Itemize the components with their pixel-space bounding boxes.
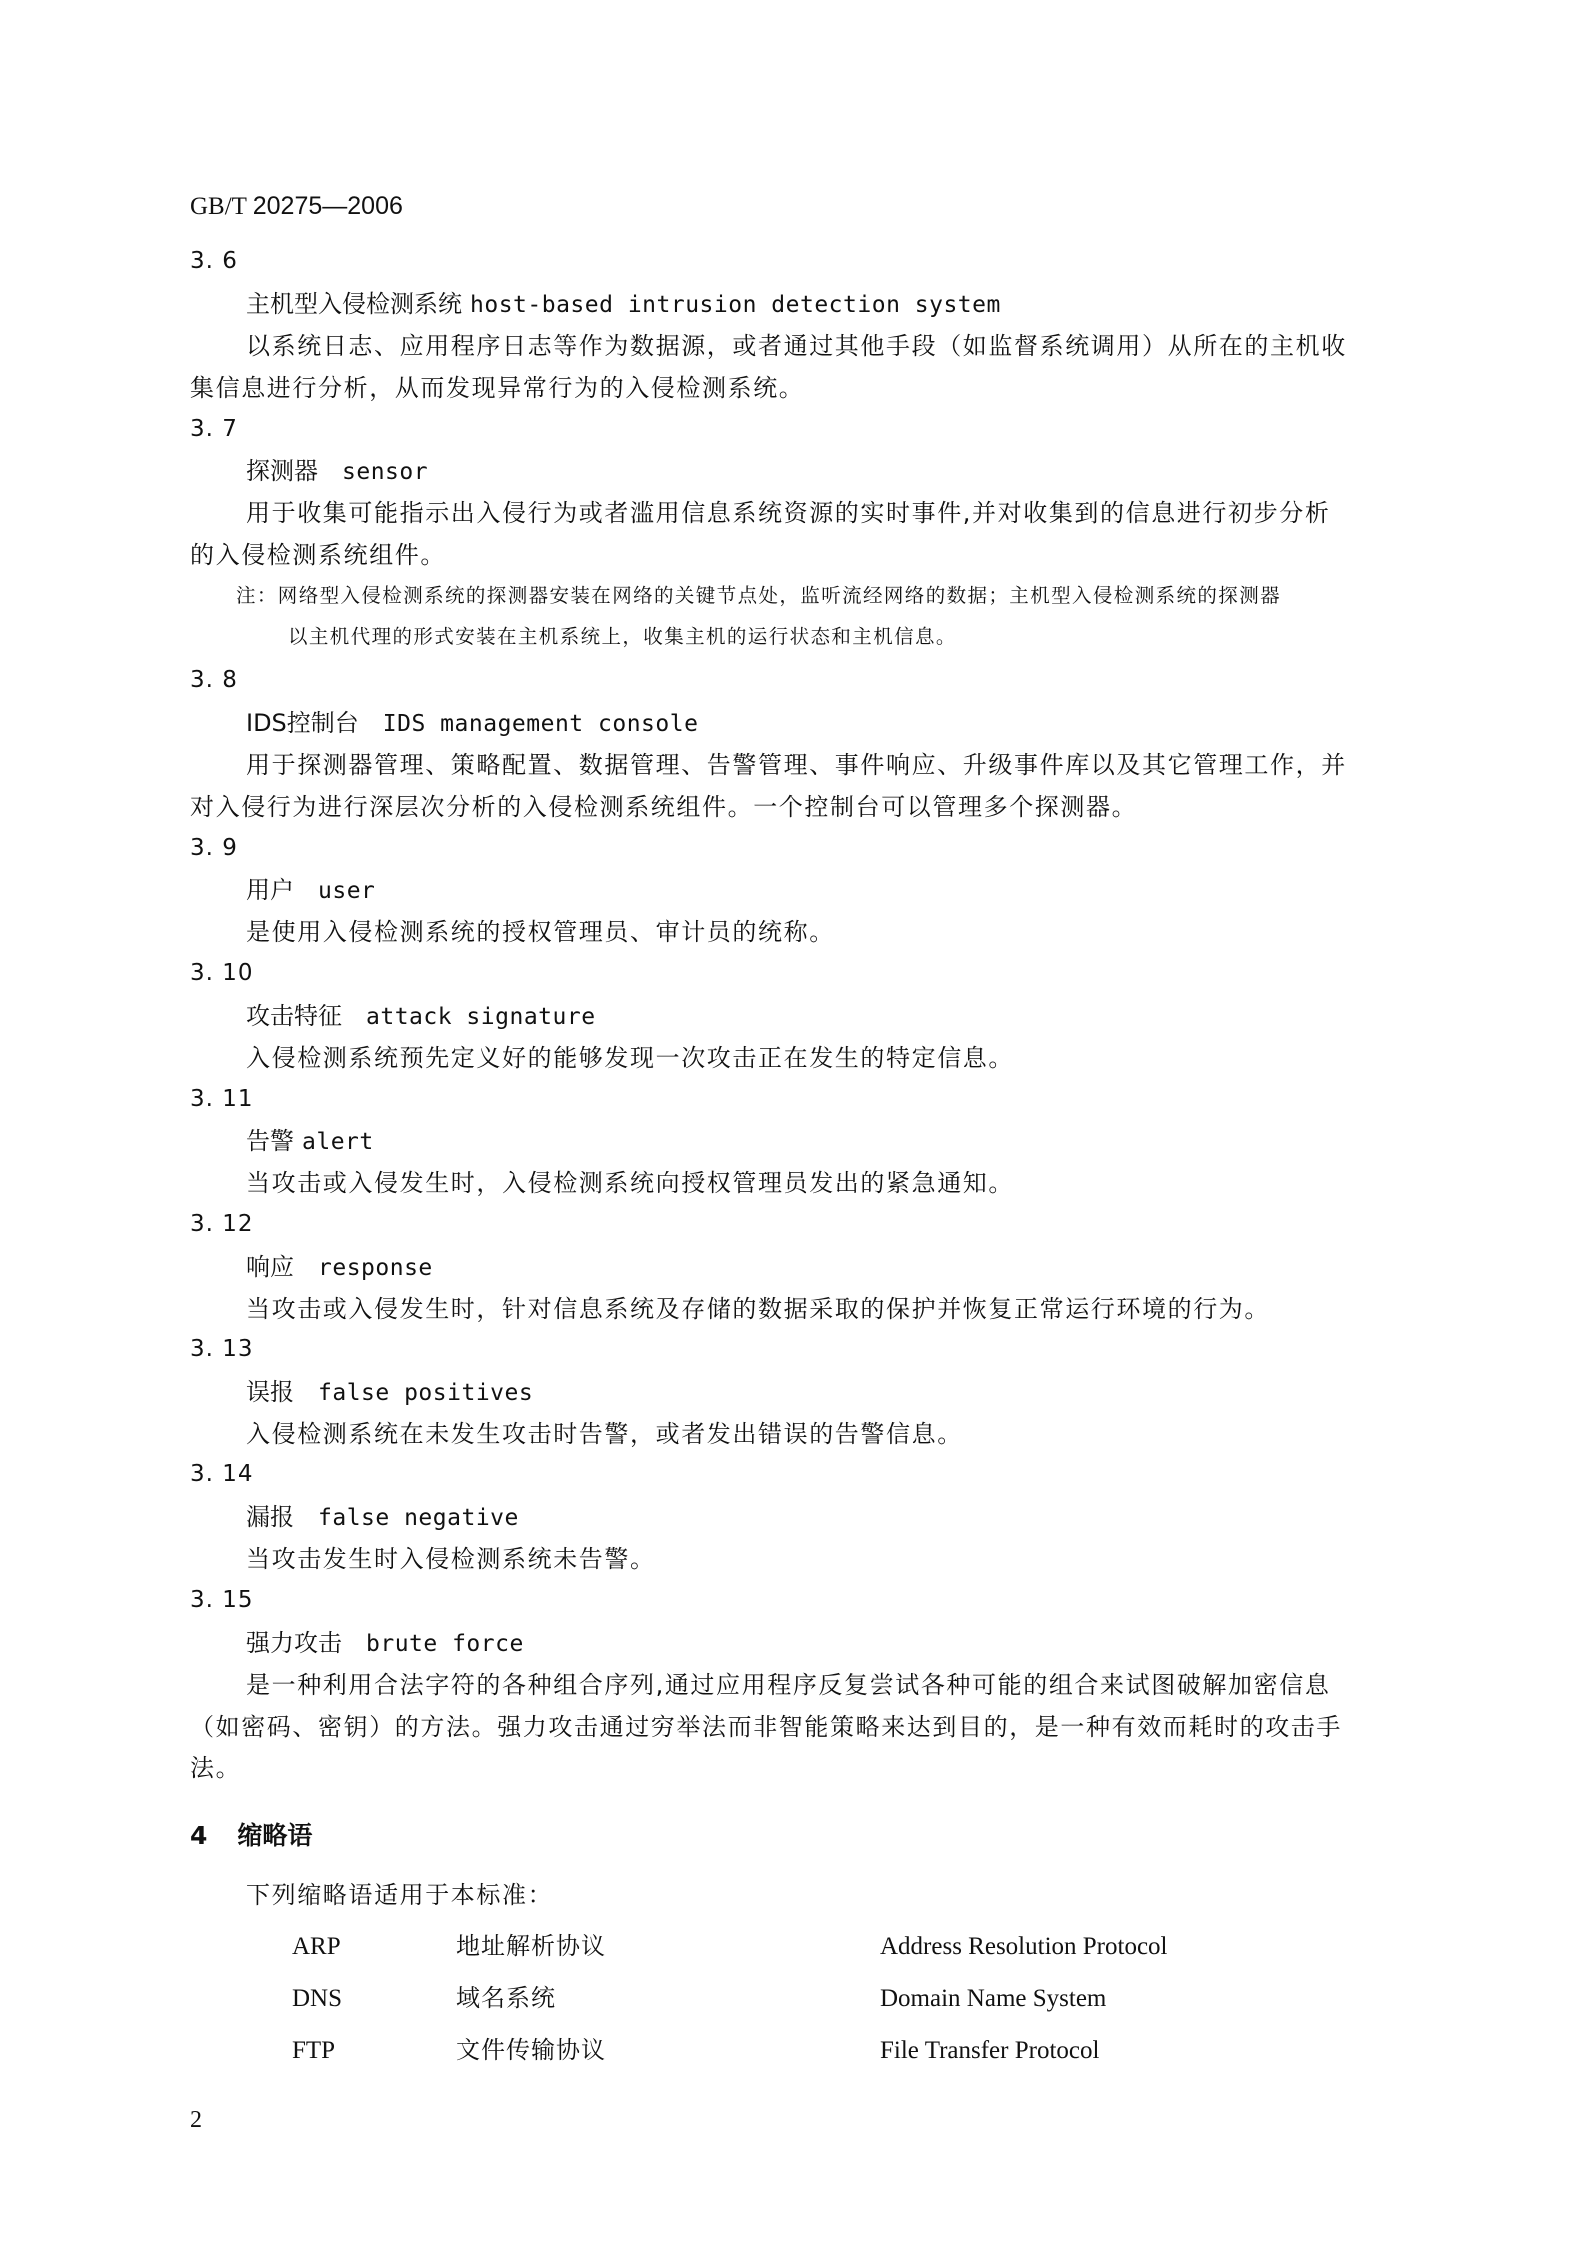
abbreviation: FTP [292,2038,335,2063]
definition-text: 对入侵行为进行深层次分析的入侵检测系统组件。一个控制台可以管理多个探测器。 [190,795,1137,819]
term-en: false positives [318,1380,533,1406]
definition-text: 以系统日志、应用程序日志等作为数据源，或者通过其他手段（如监督系统调用）从所在的… [246,334,1347,358]
term-heading: 误报false positives [246,1380,533,1405]
definition-text: 法。 [190,1756,241,1780]
term-en: brute force [366,1631,524,1657]
clause-number: 3. 9 [190,837,238,860]
clause-number: 3. 6 [190,250,238,273]
abbreviation-zh: 域名系统 [456,1986,556,2010]
term-en: IDS management console [383,711,699,737]
abbreviation-en: Domain Name System [880,1986,1106,2011]
term-zh: 告警 [246,1127,294,1155]
definition-text: 当攻击发生时入侵检测系统未告警。 [246,1547,656,1571]
definition-text: 入侵检测系统预先定义好的能够发现一次攻击正在发生的特定信息。 [246,1046,1014,1070]
term-en: sensor [342,459,428,485]
abbreviation-zh: 地址解析协议 [456,1934,606,1958]
clause-number: 3. 7 [190,418,238,441]
definition-text: 是使用入侵检测系统的授权管理员、审计员的统称。 [246,920,835,944]
clause-number: 3. 10 [190,962,254,985]
term-heading: 漏报false negative [246,1505,519,1530]
definition-text: 当攻击或入侵发生时，针对信息系统及存储的数据采取的保护并恢复正常运行环境的行为。 [246,1297,1270,1321]
term-heading: 主机型入侵检测系统host-based intrusion detection … [246,292,1001,317]
term-zh: 强力攻击 [246,1629,342,1657]
clause-number: 3. 13 [190,1338,254,1361]
term-heading: 强力攻击brute force [246,1631,524,1656]
definition-text: 用于探测器管理、策略配置、数据管理、告警管理、事件响应、升级事件库以及其它管理工… [246,753,1347,777]
abbreviation: DNS [292,1986,342,2011]
section-number: 4 [190,1821,207,1850]
term-zh: IDS控制台 [246,709,359,737]
definition-text: 的入侵检测系统组件。 [190,543,446,567]
term-en: response [318,1255,433,1281]
clause-number: 3. 15 [190,1589,254,1612]
page-number: 2 [190,2108,202,2132]
term-heading: 告警alert [246,1129,374,1154]
term-zh: 探测器 [246,457,318,485]
note-text: 注：网络型入侵检测系统的探测器安装在网络的关键节点处，监听流经网络的数据；主机型… [236,586,1281,606]
term-zh: 误报 [246,1378,294,1406]
section-title: 缩略语 [237,1821,312,1850]
term-en: false negative [318,1505,519,1531]
clause-number: 3. 11 [190,1088,254,1111]
term-heading: 用户user [246,878,375,903]
term-en: alert [302,1129,374,1155]
term-en: attack signature [366,1004,596,1030]
standard-prefix: GB/T [190,193,247,220]
term-heading: IDS控制台IDS management console [246,711,698,736]
term-en: host-based intrusion detection system [470,292,1001,318]
term-en: user [318,878,375,904]
term-heading: 响应response [246,1255,433,1280]
clause-number: 3. 8 [190,669,238,692]
term-zh: 漏报 [246,1503,294,1531]
definition-text: （如密码、密钥）的方法。强力攻击通过穷举法而非智能策略来达到目的，是一种有效而耗… [190,1715,1342,1739]
abbreviation: ARP [292,1934,341,1959]
standard-header: GB/T 20275—2006 [190,194,403,219]
section-heading: 4缩略语 [190,1823,312,1848]
clause-number: 3. 12 [190,1213,254,1236]
abbreviation-en: Address Resolution Protocol [880,1934,1168,1959]
definition-text: 用于收集可能指示出入侵行为或者滥用信息系统资源的实时事件,并对收集到的信息进行初… [246,501,1330,525]
term-heading: 攻击特征attack signature [246,1004,596,1029]
abbreviation-zh: 文件传输协议 [456,2038,606,2062]
definition-text: 集信息进行分析，从而发现异常行为的入侵检测系统。 [190,376,804,400]
term-zh: 响应 [246,1253,294,1281]
definition-text: 是一种利用合法字符的各种组合序列,通过应用程序反复尝试各种可能的组合来试图破解加… [246,1673,1330,1697]
term-zh: 攻击特征 [246,1002,342,1030]
note-text: 以主机代理的形式安装在主机系统上，收集主机的运行状态和主机信息。 [288,627,957,647]
standard-number: 20275—2006 [253,192,403,220]
definition-text: 入侵检测系统在未发生攻击时告警，或者发出错误的告警信息。 [246,1422,963,1446]
section-intro: 下列缩略语适用于本标准： [246,1883,553,1907]
term-heading: 探测器sensor [246,459,428,484]
clause-number: 3. 14 [190,1463,254,1486]
term-zh: 主机型入侵检测系统 [246,290,462,318]
definition-text: 当攻击或入侵发生时，入侵检测系统向授权管理员发出的紧急通知。 [246,1171,1014,1195]
term-zh: 用户 [246,876,294,904]
abbreviation-en: File Transfer Protocol [880,2038,1099,2063]
